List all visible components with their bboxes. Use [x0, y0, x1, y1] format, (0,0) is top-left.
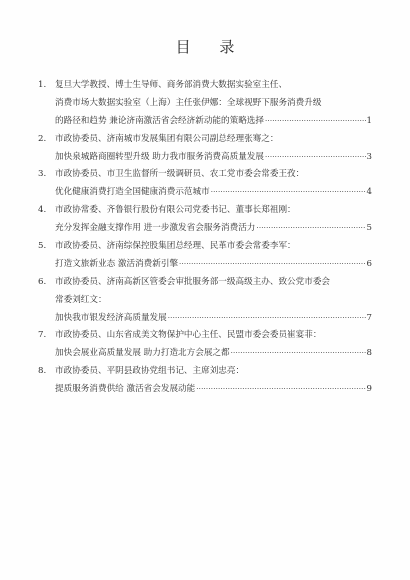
toc-entry-author-text: 市政协委员、济南城市发展集团有限公司副总经理张骞之： — [55, 134, 278, 144]
toc-entry-author-line: 消费市场大数据实验室（上海）主任张伊娜：全球视野下服务消费升级 — [38, 95, 372, 113]
toc-entry-2[interactable]: 2. 市政协委员、济南城市发展集团有限公司副总经理张骞之： 加快泉城路商圈转型升… — [38, 131, 372, 167]
dot-leader — [265, 113, 366, 131]
toc-entry-author-text: 市政协委员、济南综保控股集团总经理、民革市委会常委李军： — [55, 241, 296, 251]
toc-entry-author-line: 1. 复旦大学教授、博士生导师、商务部消费大数据实验室主任、 — [38, 77, 372, 95]
toc-entry-7[interactable]: 7. 市政协委员、山东省成美文物保护中心主任、民盟市委会委员崔宴菲： 加快会展业… — [38, 327, 372, 363]
toc-entry-title-line: 的路径和趋势 兼论济南激活省会经济新动能的策略选择 1 — [38, 113, 372, 131]
toc-entry-3[interactable]: 3. 市政协委员、市卫生监督所一级调研员、农工党市委会常委王孜： 优化健康消费打… — [38, 166, 372, 202]
toc-entry-page-number: 4 — [367, 184, 372, 202]
dot-leader — [265, 149, 366, 167]
toc-entry-title: 加快会展业高质量发展 助力打造北方会展之都 — [55, 345, 230, 363]
toc-entry-1[interactable]: 1. 复旦大学教授、博士生导师、商务部消费大数据实验室主任、 消费市场大数据实验… — [38, 77, 372, 131]
dot-leader — [256, 220, 365, 238]
toc-entry-number: 6. — [38, 274, 55, 292]
toc-entry-author-line: 常委刘红文： — [38, 292, 372, 310]
toc-entry-4[interactable]: 4. 市政协常委、齐鲁银行股份有限公司党委书记、董事长郑祖刚： 充分发挥金融支撑… — [38, 202, 372, 238]
toc-entry-author-line: 4. 市政协常委、齐鲁银行股份有限公司党委书记、董事长郑祖刚： — [38, 202, 372, 220]
toc-entry-page-number: 8 — [367, 345, 372, 363]
toc-entry-title: 打造文旅新业态 激活消费新引擎 — [55, 256, 178, 274]
toc-entry-page-number: 1 — [367, 113, 372, 131]
dot-leader — [196, 381, 365, 399]
toc-entry-author-text: 消费市场大数据实验室（上海）主任张伊娜：全球视野下服务消费升级 — [55, 98, 321, 108]
toc-entry-author-text: 常委刘红文： — [55, 295, 107, 305]
toc-entry-author-line: 5. 市政协委员、济南综保控股集团总经理、民革市委会常委李军： — [38, 238, 372, 256]
toc-entry-page-number: 6 — [367, 256, 372, 274]
toc-entry-author-line: 8. 市政协委员、平阴县政协党组书记、主席刘忠亮： — [38, 363, 372, 381]
toc-entry-title-line: 优化健康消费打造全国健康消费示范城市 4 — [38, 184, 372, 202]
toc-entry-title-line: 加快泉城路商圈转型升级 助力我市服务消费高质量发展 3 — [38, 149, 372, 167]
toc-entry-author-text: 市政协委员、济南高新区管委会审批服务部一级高级主办、致公党市委会 — [55, 277, 330, 287]
toc-entry-5[interactable]: 5. 市政协委员、济南综保控股集团总经理、民革市委会常委李军： 打造文旅新业态 … — [38, 238, 372, 274]
toc-entry-title: 加快泉城路商圈转型升级 助力我市服务消费高质量发展 — [55, 149, 264, 167]
toc-title: 目 录 — [0, 37, 410, 57]
toc-entry-title: 提质服务消费供给 激活省会发展动能 — [55, 381, 195, 399]
toc-entry-number: 2. — [38, 131, 55, 149]
toc-entry-title-line: 加快我市银发经济高质量发展 7 — [38, 310, 372, 328]
toc-entry-author-line: 7. 市政协委员、山东省成美文物保护中心主任、民盟市委会委员崔宴菲： — [38, 327, 372, 345]
table-of-contents: 1. 复旦大学教授、博士生导师、商务部消费大数据实验室主任、 消费市场大数据实验… — [38, 77, 372, 399]
toc-entry-number: 3. — [38, 166, 55, 184]
toc-entry-title-line: 充分发挥金融支撑作用 进一步激发省会服务消费活力 5 — [38, 220, 372, 238]
toc-entry-title: 充分发挥金融支撑作用 进一步激发省会服务消费活力 — [55, 220, 255, 238]
toc-entry-author-text: 市政协委员、山东省成美文物保护中心主任、民盟市委会委员崔宴菲： — [55, 330, 321, 340]
toc-entry-number: 8. — [38, 363, 55, 381]
toc-entry-author-line: 3. 市政协委员、市卫生监督所一级调研员、农工党市委会常委王孜： — [38, 166, 372, 184]
dot-leader — [211, 184, 366, 202]
toc-entry-author-text: 复旦大学教授、博士生导师、商务部消费大数据实验室主任、 — [55, 80, 287, 90]
toc-entry-author-text: 市政协委员、平阴县政协党组书记、主席刘忠亮： — [55, 366, 244, 376]
toc-entry-author-line: 2. 市政协委员、济南城市发展集团有限公司副总经理张骞之： — [38, 131, 372, 149]
toc-entry-page-number: 3 — [367, 149, 372, 167]
toc-entry-author-text: 市政协委员、市卫生监督所一级调研员、农工党市委会常委王孜： — [55, 169, 304, 179]
toc-entry-title-line: 提质服务消费供给 激活省会发展动能 9 — [38, 381, 372, 399]
document-page: 目 录 1. 复旦大学教授、博士生导师、商务部消费大数据实验室主任、 消费市场大… — [0, 0, 410, 580]
toc-entry-number: 1. — [38, 77, 55, 95]
toc-entry-number: 7. — [38, 327, 55, 345]
toc-entry-number: 4. — [38, 202, 55, 220]
toc-entry-author-text: 市政协常委、齐鲁银行股份有限公司党委书记、董事长郑祖刚： — [55, 205, 296, 215]
toc-entry-title: 加快我市银发经济高质量发展 — [55, 310, 167, 328]
toc-entry-title: 的路径和趋势 兼论济南激活省会经济新动能的策略选择 — [55, 113, 264, 131]
toc-entry-title-line: 打造文旅新业态 激活消费新引擎 6 — [38, 256, 372, 274]
toc-entry-8[interactable]: 8. 市政协委员、平阴县政协党组书记、主席刘忠亮： 提质服务消费供给 激活省会发… — [38, 363, 372, 399]
toc-entry-6[interactable]: 6. 市政协委员、济南高新区管委会审批服务部一级高级主办、致公党市委会 常委刘红… — [38, 274, 372, 328]
dot-leader — [231, 345, 366, 363]
toc-entry-number: 5. — [38, 238, 55, 256]
toc-entry-page-number: 9 — [367, 381, 372, 399]
dot-leader — [168, 310, 366, 328]
toc-entry-title: 优化健康消费打造全国健康消费示范城市 — [55, 184, 210, 202]
toc-entry-page-number: 7 — [367, 310, 372, 328]
toc-entry-page-number: 5 — [367, 220, 372, 238]
dot-leader — [179, 256, 365, 274]
toc-entry-author-line: 6. 市政协委员、济南高新区管委会审批服务部一级高级主办、致公党市委会 — [38, 274, 372, 292]
toc-entry-title-line: 加快会展业高质量发展 助力打造北方会展之都 8 — [38, 345, 372, 363]
